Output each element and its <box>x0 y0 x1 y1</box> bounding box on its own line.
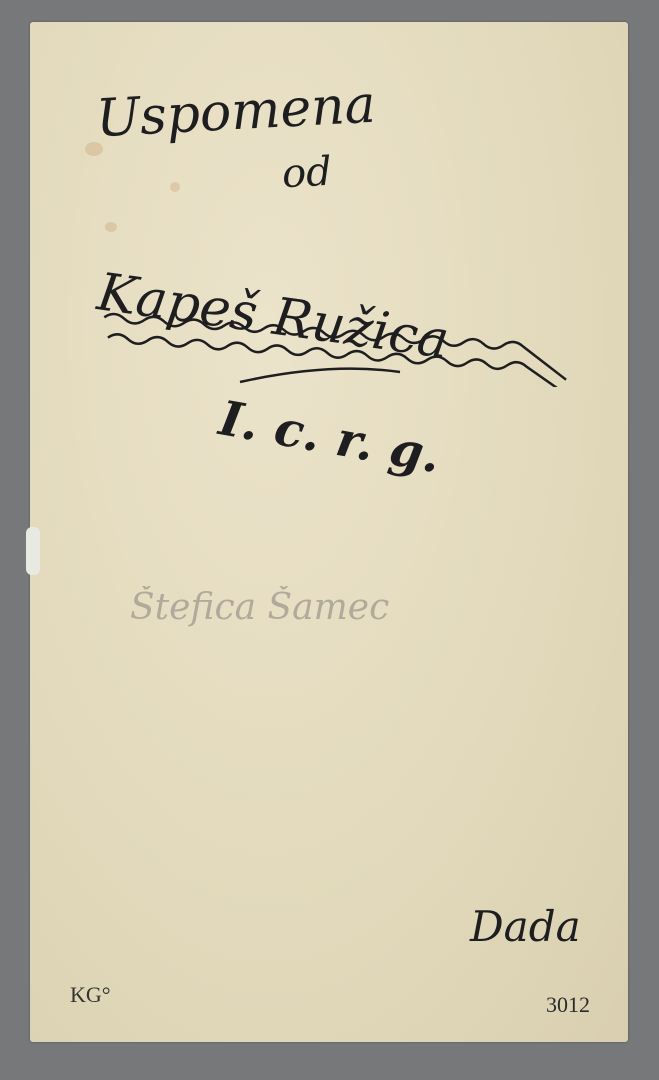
handwritten-from: od <box>281 149 333 198</box>
torn-edge <box>26 527 40 575</box>
publisher-monogram-icon: KG° <box>70 982 111 1008</box>
postcard-back: Uspomena od Kapeš Ružica I. c. r. g. Šte… <box>30 22 628 1042</box>
handwritten-heading: Uspomena <box>95 75 377 150</box>
catalog-number: 3012 <box>546 992 590 1018</box>
wavy-underline <box>100 307 600 387</box>
foxing-stain <box>105 222 117 232</box>
foxing-stain <box>170 182 180 192</box>
handwritten-class: I. c. r. g. <box>215 390 444 484</box>
pencil-note: Štefica Šamec <box>130 587 389 628</box>
signature: Dada <box>470 902 581 951</box>
